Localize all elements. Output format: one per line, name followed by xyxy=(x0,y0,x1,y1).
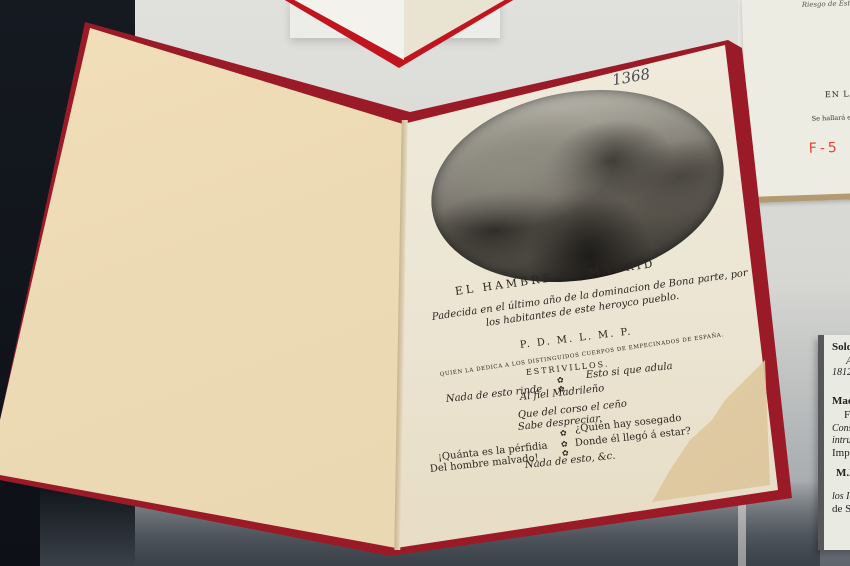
label-line: intru xyxy=(832,435,850,446)
right-doc-top-text: Riesgo de Esta xyxy=(802,0,850,9)
inventory-mark: F-5 xyxy=(808,140,840,157)
label-line: 1812 xyxy=(832,367,850,378)
right-doc-line: Se hallará en xyxy=(812,113,850,123)
label-line: Mad xyxy=(832,395,850,407)
museum-label-card: Solde A 1812 Mad F Cons intru Imp M.L lo… xyxy=(818,335,850,550)
label-line: Imp xyxy=(832,447,850,459)
ornament-icon: ✿ xyxy=(558,384,566,394)
top-open-book xyxy=(268,0,530,70)
label-line: Cons xyxy=(832,423,850,434)
museum-display-scene: Riesgo de Esta EN LA Se hallará en F-5 S… xyxy=(0,0,850,566)
label-line: Solde xyxy=(832,341,850,353)
label-line: de S xyxy=(832,503,850,515)
label-line: F xyxy=(844,409,850,421)
label-line: A xyxy=(846,355,850,367)
ornament-icon: ✿ xyxy=(560,428,568,438)
label-line: M.L xyxy=(836,467,850,479)
right-doc-heading: EN LA xyxy=(825,89,850,99)
right-document: Riesgo de Esta EN LA Se hallará en F-5 xyxy=(741,0,850,203)
label-line: los I xyxy=(832,491,850,502)
